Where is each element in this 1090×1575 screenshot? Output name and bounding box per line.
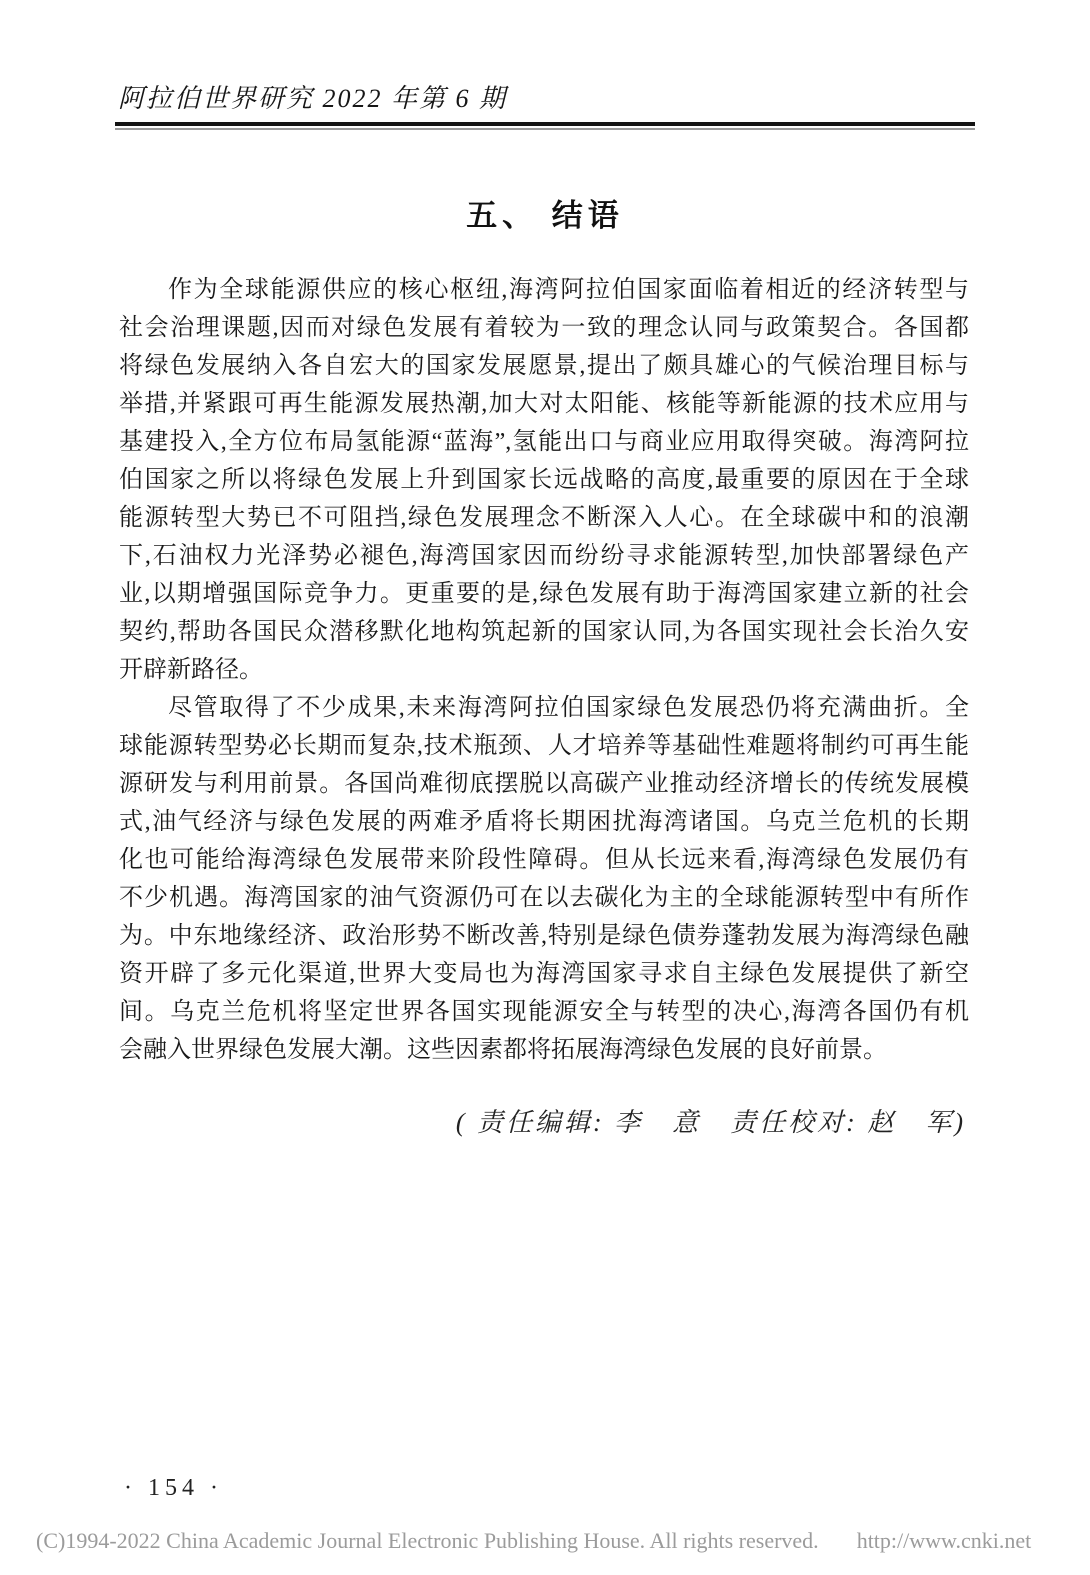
body-line: 能源转型大势已不可阻挡,绿色发展理念不断深入人心。在全球碳中和的浪潮 xyxy=(119,499,969,537)
body-line: 为。中东地缘经济、政治形势不断改善,特别是绿色债券蓬勃发展为海湾绿色融 xyxy=(119,917,969,955)
body-line: 伯国家之所以将绿色发展上升到国家长远战略的高度,最重要的原因在于全球 xyxy=(119,461,969,499)
body-line: 会融入世界绿色发展大潮。这些因素都将拓展海湾绿色发展的良好前景。 xyxy=(119,1031,969,1069)
body-line: 球能源转型势必长期而复杂,技术瓶颈、人才培养等基础性难题将制约可再生能 xyxy=(119,727,969,765)
section-title: 五、 结语 xyxy=(0,190,1090,235)
body-line: 尽管取得了不少成果,未来海湾阿拉伯国家绿色发展恐仍将充满曲折。全 xyxy=(119,689,969,727)
body-line: 间。乌克兰危机将坚定世界各国实现能源安全与转型的决心,海湾各国仍有机 xyxy=(119,993,969,1031)
body-line: 源研发与利用前景。各国尚难彻底摆脱以高碳产业推动经济增长的传统发展模 xyxy=(119,765,969,803)
body-line: 资开辟了多元化渠道,世界大变局也为海湾国家寻求自主绿色发展提供了新空 xyxy=(119,955,969,993)
body-text: 作为全球能源供应的核心枢纽,海湾阿拉伯国家面临着相近的经济转型与社会治理课题,因… xyxy=(119,271,969,1069)
body-line: 作为全球能源供应的核心枢纽,海湾阿拉伯国家面临着相近的经济转型与 xyxy=(119,271,969,309)
body-line: 契约,帮助各国民众潜移默化地构筑起新的国家认同,为各国实现社会长治久安 xyxy=(119,613,969,651)
cnki-footer: (C)1994-2022 China Academic Journal Elec… xyxy=(36,1528,1031,1554)
body-line: 式,油气经济与绿色发展的两难矛盾将长期困扰海湾诸国。乌克兰危机的长期 xyxy=(119,803,969,841)
page-number: · 154 · xyxy=(124,1475,223,1502)
body-line: 开辟新路径。 xyxy=(119,651,969,689)
body-line: 不少机遇。海湾国家的油气资源仍可在以去碳化为主的全球能源转型中有所作 xyxy=(119,879,969,917)
body-line: 化也可能给海湾绿色发展带来阶段性障碍。但从长远来看,海湾绿色发展仍有 xyxy=(119,841,969,879)
footer-copyright-text: (C)1994-2022 China Academic Journal Elec… xyxy=(36,1528,819,1553)
body-line: 举措,并紧跟可再生能源发展热潮,加大对太阳能、核能等新能源的技术应用与 xyxy=(119,385,969,423)
journal-header-line: 阿拉伯世界研究 2022 年第 6 期 xyxy=(118,78,507,115)
body-line: 业,以期增强国际竞争力。更重要的是,绿色发展有助于海湾国家建立新的社会 xyxy=(119,575,969,613)
editor-note: ( 责任编辑: 李 意 责任校对: 赵 军) xyxy=(456,1102,966,1139)
body-line: 下,石油权力光泽势必褪色,海湾国家因而纷纷寻求能源转型,加快部署绿色产 xyxy=(119,537,969,575)
header-divider-thin-line xyxy=(115,128,975,130)
body-line: 社会治理课题,因而对绿色发展有着较为一致的理念认同与政策契合。各国都 xyxy=(119,309,969,347)
header-divider xyxy=(115,122,975,130)
body-line: 将绿色发展纳入各自宏大的国家发展愿景,提出了颇具雄心的气候治理目标与 xyxy=(119,347,969,385)
header-divider-thick-line xyxy=(115,122,975,126)
footer-cnki-url: http://www.cnki.net xyxy=(857,1528,1032,1553)
paper-page: 阿拉伯世界研究 2022 年第 6 期 五、 结语 作为全球能源供应的核心枢纽,… xyxy=(0,0,1090,1575)
body-line: 基建投入,全方位布局氢能源“蓝海”,氢能出口与商业应用取得突破。海湾阿拉 xyxy=(119,423,969,461)
